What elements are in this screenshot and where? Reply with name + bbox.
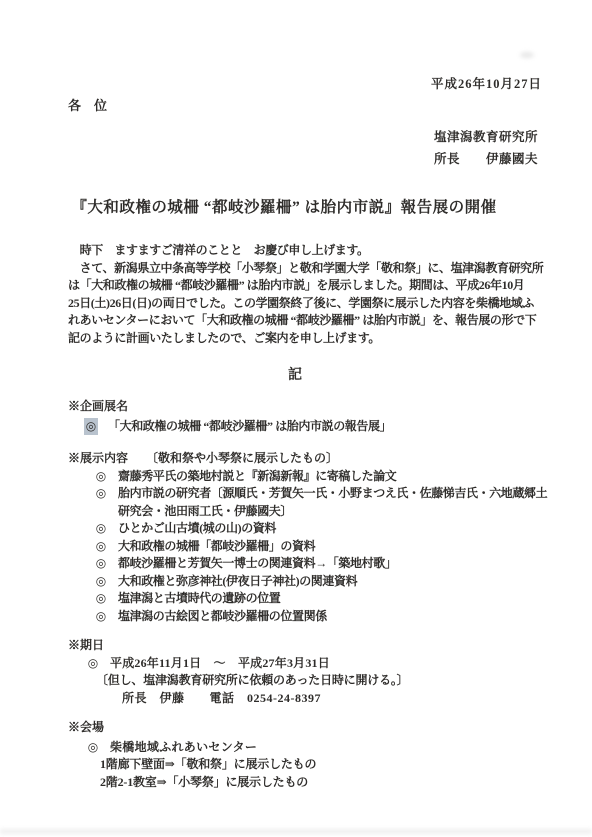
sender-organization: 塩津潟教育研究所: [0, 126, 538, 148]
body-line: 時下 ますますご清祥のことと お慶び申し上げます。: [68, 242, 552, 260]
venue-room-list: 1階廊下壁面⇒「敬和祭」に展示したもの 2階2-1教室⇒「小琴祭」に展示したもの: [100, 756, 592, 791]
record-heading: 記: [0, 364, 592, 384]
body-line: 25日(土)26日(日)の両日でした。この学園祭終了後に、学園祭に展示した内容を…: [68, 295, 552, 313]
list-item-text: 胎内市説の研究者〔源順氏・芳賀矢一氏・小野まつえ氏・佐藤悌吉氏・六地蔵郷土: [118, 485, 547, 503]
list-item: ◎ ひとかご山古墳(城の山)の資料: [94, 520, 592, 538]
double-circle-icon: ◎: [94, 485, 108, 503]
section-exhibit: ※展示内容〔敬和祭や小琴祭に展示したもの〕 ◎ 齋藤秀平氏の築地村説と『新潟新報…: [0, 450, 592, 625]
double-circle-icon: ◎: [94, 590, 108, 608]
section-period: ※期日 ◎ 平成26年11月1日 ～ 平成27年3月31日 〔但し、塩津潟教育研…: [0, 637, 592, 707]
period-dates-row: ◎ 平成26年11月1日 ～ 平成27年3月31日: [86, 655, 592, 673]
exhibit-item-list: ◎ 齋藤秀平氏の築地村説と『新潟新報』に寄稿した論文 ◎ 胎内市説の研究者〔源順…: [94, 468, 592, 626]
double-circle-icon: ◎: [86, 739, 100, 757]
sender-name: 所長 伊藤國夫: [0, 148, 538, 170]
scanned-letter-page: 平成26年10月27日 各 位 塩津潟教育研究所 所長 伊藤國夫 『大和政権の城…: [0, 0, 592, 837]
list-item-text: 大和政権と弥彦神社(伊夜日子神社)の関連資料: [118, 573, 357, 591]
section-label-exhibit: ※展示内容〔敬和祭や小琴祭に展示したもの〕: [68, 450, 592, 468]
double-circle-icon: ◎: [94, 468, 108, 486]
sender-block: 塩津潟教育研究所 所長 伊藤國夫: [0, 126, 592, 170]
period-contact: 所長 伊藤 電話 0254-24-8397: [122, 690, 592, 708]
venue-name: 柴橋地域ふれあいセンター: [110, 739, 257, 757]
period-note: 〔但し、塩津潟教育研究所に依頼のあった日時に開ける。〕: [96, 672, 592, 690]
body-line: さて、新潟県立中条高等学校「小琴祭」と敬和学園大学「敬和祭」に、塩津潟教育研究所: [68, 260, 552, 278]
body-paragraph: 時下 ますますご清祥のことと お慶び申し上げます。 さて、新潟県立中条高等学校「…: [68, 242, 552, 347]
list-item: ◎ 都岐沙羅柵と芳賀矢一博士の関連資料→「築地村歌」: [94, 555, 592, 573]
scan-smudge-artifact: [520, 52, 534, 58]
section-plan: ※企画展名 ◎ 「大和政権の城柵 “都岐沙羅柵” は胎内市説の報告展」: [0, 398, 592, 435]
exhibit-label: ※展示内容: [68, 451, 128, 465]
double-circle-icon: ◎: [86, 655, 100, 673]
document-title: 『大和政権の城柵 “都岐沙羅柵” は胎内市説』報告展の開催: [0, 195, 568, 217]
list-item-text: ひとかご山古墳(城の山)の資料: [118, 520, 276, 538]
list-item: ◎ 塩津潟の古絵図と都岐沙羅柵の位置関係: [94, 608, 592, 626]
exhibit-note: 〔敬和祭や小琴祭に展示したもの〕: [146, 451, 338, 465]
period-dates: 平成26年11月1日 ～ 平成27年3月31日: [110, 655, 330, 673]
venue-room: 1階廊下壁面⇒「敬和祭」に展示したもの: [100, 756, 592, 774]
list-item: ◎ 塩津潟と古墳時代の遺跡の位置: [94, 590, 592, 608]
list-item-text: 都岐沙羅柵と芳賀矢一博士の関連資料→「築地村歌」: [118, 555, 396, 573]
plan-item-text: 「大和政権の城柵 “都岐沙羅柵” は胎内市説の報告展」: [108, 418, 391, 436]
list-item: ◎ 胎内市説の研究者〔源順氏・芳賀矢一氏・小野まつえ氏・佐藤悌吉氏・六地蔵郷土: [94, 485, 592, 503]
highlighted-double-circle-icon: ◎: [84, 418, 98, 436]
list-item: ◎ 大和政権の城柵「都岐沙羅柵」の資料: [94, 538, 592, 556]
list-item: ◎ 大和政権と弥彦神社(伊夜日子神社)の関連資料: [94, 573, 592, 591]
list-item-text: 塩津潟と古墳時代の遺跡の位置: [118, 590, 280, 608]
body-line: れあいセンターにおいて「大和政権の城柵 “都岐沙羅柵” は胎内市説」を、報告展の…: [68, 312, 552, 330]
list-item-text: 大和政権の城柵「都岐沙羅柵」の資料: [118, 538, 315, 556]
plan-item: ◎ 「大和政権の城柵 “都岐沙羅柵” は胎内市説の報告展」: [84, 418, 592, 436]
document-date: 平成26年10月27日: [0, 0, 592, 92]
double-circle-icon: ◎: [94, 608, 108, 626]
section-label-venue: ※会場: [68, 719, 592, 737]
list-item: ◎ 齋藤秀平氏の築地村説と『新潟新報』に寄稿した論文: [94, 468, 592, 486]
body-line: は「大和政権の城柵 “都岐沙羅柵” は胎内市説」を展示しました。期間は、平成26…: [68, 277, 552, 295]
list-item-text: 塩津潟の古絵図と都岐沙羅柵の位置関係: [118, 608, 327, 626]
double-circle-icon: ◎: [94, 538, 108, 556]
scan-edge-shadow: [0, 829, 592, 834]
section-label-period: ※期日: [68, 637, 592, 655]
list-item-text: 齋藤秀平氏の築地村説と『新潟新報』に寄稿した論文: [118, 468, 396, 486]
venue-room: 2階2-1教室⇒「小琴祭」に展示したもの: [100, 774, 592, 792]
section-venue: ※会場 ◎ 柴橋地域ふれあいセンター 1階廊下壁面⇒「敬和祭」に展示したもの 2…: [0, 719, 592, 791]
list-item-continuation: 研究会・池田雨工氏・伊藤國夫〕: [118, 503, 592, 521]
venue-name-row: ◎ 柴橋地域ふれあいセンター: [86, 739, 592, 757]
double-circle-icon: ◎: [94, 520, 108, 538]
double-circle-icon: ◎: [94, 555, 108, 573]
section-label-plan: ※企画展名: [68, 398, 592, 416]
double-circle-icon: ◎: [94, 573, 108, 591]
addressee: 各 位: [68, 95, 592, 114]
body-line: 記のように計画いたしましたので、ご案内を申し上げます。: [68, 330, 552, 348]
